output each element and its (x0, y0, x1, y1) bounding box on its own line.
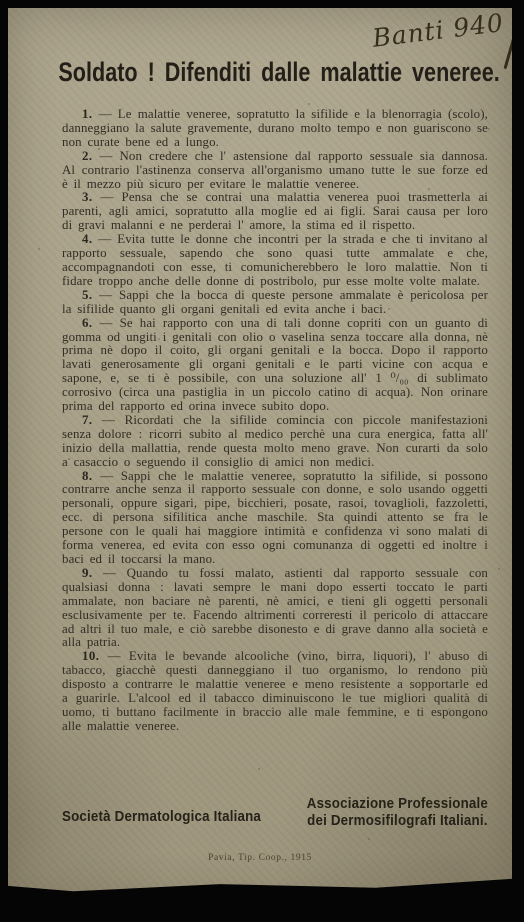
paragraph-text: — Le malattie veneree, sopratutto la sif… (62, 107, 488, 149)
org-left-name: Società Dermatologica Italiana (62, 809, 261, 825)
paragraph-number: 3. (82, 190, 92, 204)
paragraph: 8. — Sappi che le malattie veneree, sopr… (62, 470, 488, 567)
paragraph-number: 6. (82, 316, 92, 330)
paragraph: 5. — Sappi che la bocca di queste person… (62, 289, 488, 317)
scan-frame: { "annotation": { "text": "Banti 940/3" … (0, 0, 524, 922)
paragraph-text: — Sappi che la bocca di queste persone a… (62, 288, 488, 316)
printer-imprint: Pavia, Tip. Coop., 1915 (8, 853, 512, 863)
paragraph-text: — Se hai rapporto con una di tali donne … (62, 316, 488, 413)
paragraph-number: 7. (82, 413, 92, 427)
paragraph-text: — Evita tutte le donne che incontri per … (62, 232, 488, 288)
paper-specks (8, 8, 10, 10)
paragraph-number: 10. (82, 649, 99, 663)
org-right-line2: dei Dermosifilografi Italiani. (307, 813, 488, 830)
paragraph-list: 1. — Le malattie veneree, sopratutto la … (62, 108, 488, 734)
handwriting-text-before-slash: Banti 940 (371, 8, 506, 53)
leaflet-paper: Banti 9403 Soldato ! Difenditi dalle mal… (8, 8, 512, 902)
org-right-line1: Associazione Professionale (307, 796, 488, 813)
paragraph-number: 4. (82, 232, 92, 246)
paragraph-number: 8. (82, 469, 92, 483)
paragraph: 4. — Evita tutte le donne che incontri p… (62, 233, 488, 289)
org-right-name: Associazione Professionale dei Dermosifi… (307, 796, 488, 829)
leaflet-title: Soldato ! Difenditi dalle malattie vener… (58, 57, 461, 88)
paragraph: 3. — Pensa che se contrai una malattia v… (62, 191, 488, 233)
paragraph-number: 2. (82, 149, 92, 163)
paragraph-text: — Ricordati che la sifilide comincia con… (62, 413, 488, 469)
paragraph-text: — Pensa che se contrai una malattia vene… (62, 190, 488, 232)
paragraph-text: — Evita le bevande alcooliche (vino, bir… (62, 649, 488, 733)
paragraph-text: — Quando tu fossi malato, astienti dal r… (62, 566, 488, 650)
paragraph: 10. — Evita le bevande alcooliche (vino,… (62, 650, 488, 733)
handwriting-text-after-slash: 3 (514, 4, 524, 35)
paragraph: 2. — Non credere che l' astensione dal r… (62, 150, 488, 192)
paragraph-text: — Non credere che l' astensione dal rapp… (62, 149, 488, 191)
paragraph: 9. — Quando tu fossi malato, astienti da… (62, 567, 488, 650)
footer-organizations: Società Dermatologica Italiana Associazi… (62, 796, 488, 829)
paragraph: 6. — Se hai rapporto con una di tali don… (62, 317, 488, 414)
paragraph-text: — Sappi che le malattie veneree, sopratu… (62, 469, 488, 566)
paragraph-number: 5. (82, 288, 92, 302)
paragraph-number: 9. (82, 566, 92, 580)
paragraph: 7. — Ricordati che la sifilide comincia … (62, 414, 488, 470)
paragraph: 1. — Le malattie veneree, sopratutto la … (62, 108, 488, 150)
handwriting-slash-stroke (504, 11, 523, 69)
paragraph-number: 1. (82, 107, 92, 121)
